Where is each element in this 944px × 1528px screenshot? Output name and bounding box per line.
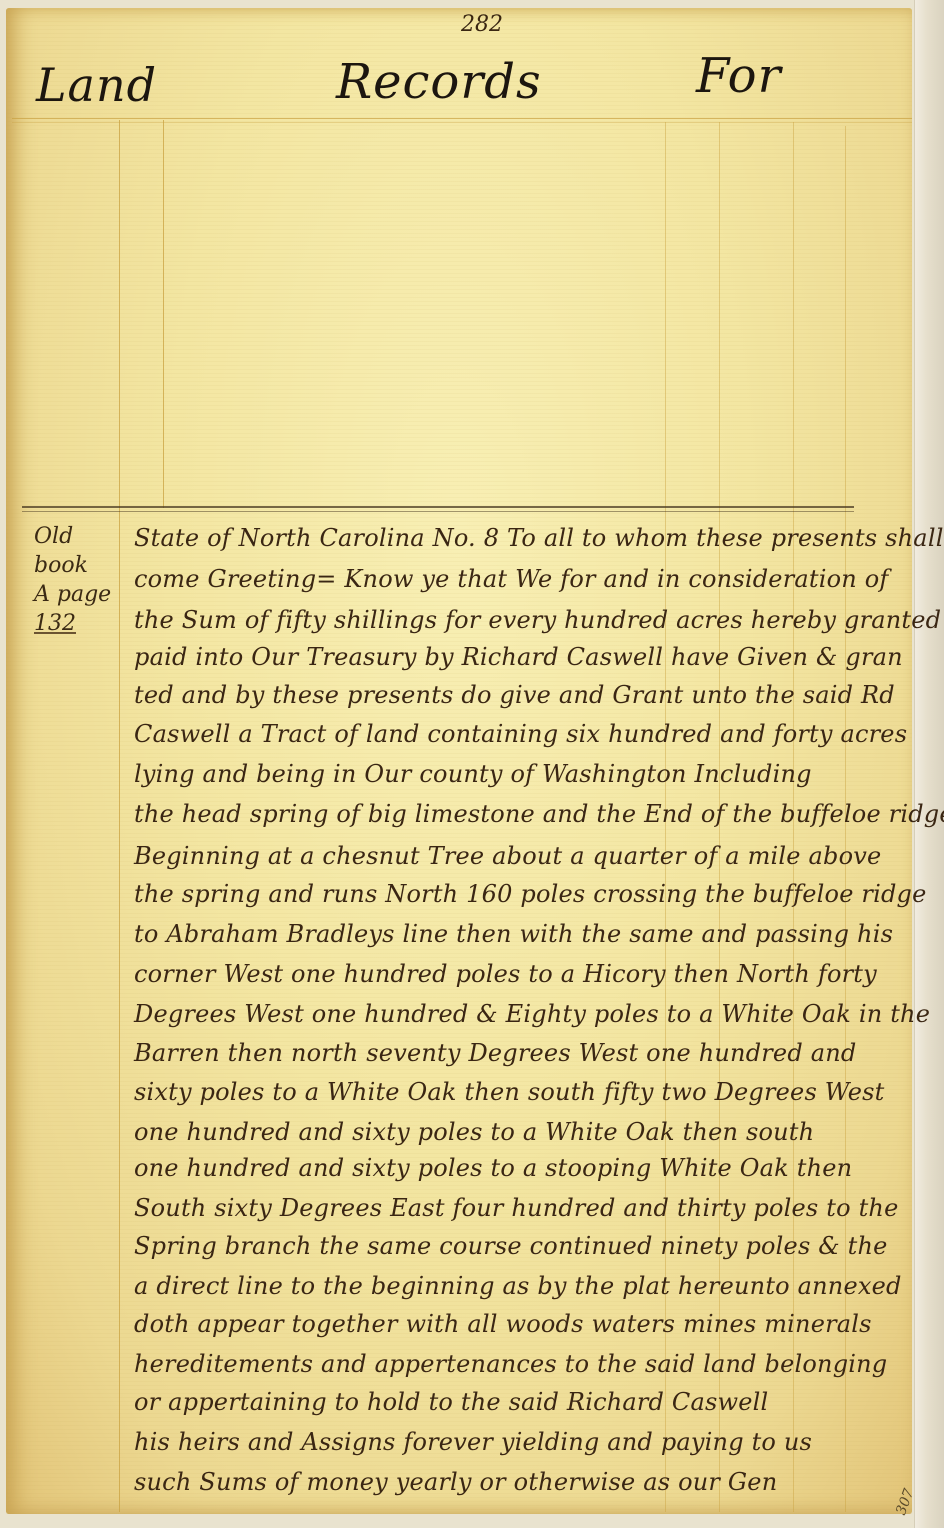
margin-note-line: book	[34, 551, 124, 580]
deed-line: or appertaining to hold to the said Rich…	[134, 1388, 924, 1416]
deed-line: corner West one hundred poles to a Hicor…	[134, 960, 924, 988]
deed-line: the spring and runs North 160 poles cros…	[134, 880, 924, 908]
deed-line-beginning: Beginning at a chesnut Tree about a quar…	[134, 842, 924, 870]
page-number: 282	[461, 12, 503, 37]
section-divider	[22, 506, 854, 508]
deed-line: one hundred and sixty poles to a stoopin…	[134, 1154, 924, 1182]
deed-line: a direct line to the beginning as by the…	[134, 1272, 924, 1300]
section-divider-2	[22, 511, 854, 512]
header-word-land: Land	[36, 58, 157, 112]
deed-line: State of North Carolina No. 8 To all to …	[134, 524, 924, 552]
deed-line: paid into Our Treasury by Richard Caswel…	[134, 643, 924, 671]
header-rule	[12, 118, 912, 119]
deed-line: Caswell a Tract of land containing six h…	[134, 720, 924, 748]
deed-line: South sixty Degrees East four hundred an…	[134, 1194, 924, 1222]
deed-line: Degrees West one hundred & Eighty poles …	[134, 1000, 924, 1028]
deed-line: one hundred and sixty poles to a White O…	[134, 1118, 924, 1146]
deed-line: to Abraham Bradleys line then with the s…	[134, 920, 924, 948]
margin-note-line: Old	[34, 522, 124, 551]
deed-line: his heirs and Assigns forever yielding a…	[134, 1428, 924, 1456]
deed-line: lying and being in Our county of Washing…	[134, 760, 924, 788]
deed-line: such Sums of money yearly or otherwise a…	[134, 1468, 924, 1496]
ledger-page: Land Records For 282 Old book A page 132…	[6, 8, 912, 1514]
column-rule	[119, 120, 120, 1512]
deed-line: Spring branch the same course continued …	[134, 1232, 924, 1260]
deed-line: ted and by these presents do give and Gr…	[134, 681, 924, 709]
header-word-records: Records	[336, 54, 542, 110]
margin-note-page-ref: 132	[34, 609, 124, 638]
deed-line: Barren then north seventy Degrees West o…	[134, 1039, 924, 1067]
column-rule	[163, 120, 164, 508]
deed-line: doth appear together with all woods wate…	[134, 1310, 924, 1338]
header-rule-2	[12, 122, 912, 123]
deed-line: hereditements and appertenances to the s…	[134, 1350, 924, 1378]
deed-line: the head spring of big limestone and the…	[134, 800, 924, 828]
deed-line: the Sum of fifty shillings for every hun…	[134, 606, 924, 634]
margin-note: Old book A page 132	[34, 522, 124, 638]
margin-note-line: A page	[34, 580, 124, 609]
header-word-for: For	[696, 48, 782, 104]
deed-line: come Greeting= Know ye that We for and i…	[134, 565, 924, 593]
deed-line: sixty poles to a White Oak then south fi…	[134, 1078, 924, 1106]
